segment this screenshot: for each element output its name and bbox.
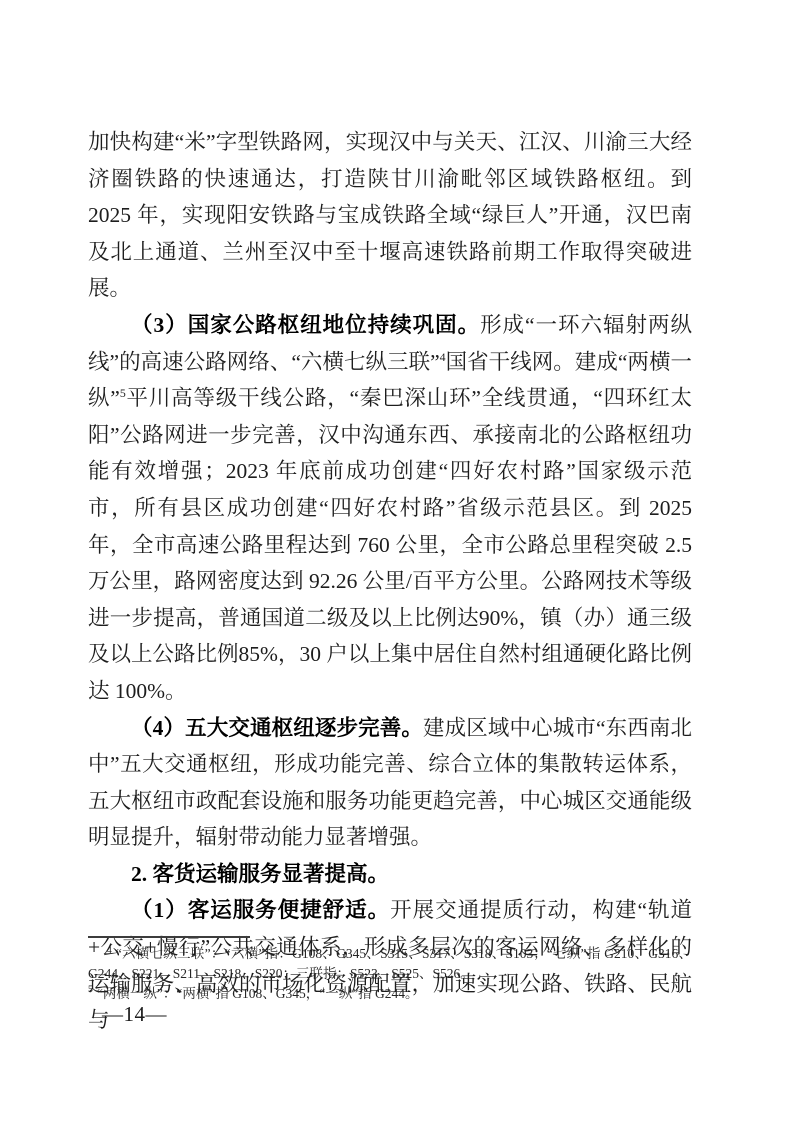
document-body: 加快构建“米”字型铁路网，实现汉中与关天、江汉、川渝三大经济圈铁路的快速通达，打…	[88, 124, 692, 1039]
footnote-marker: 4	[107, 945, 112, 956]
heading-2-freight-passenger-service: 2. 客货运输服务显著提高。	[88, 856, 692, 893]
para-4-five-transport-hubs: （4）五大交通枢纽逐步完善。建成区域中心城市“东西南北中”五大交通枢纽，形成功能…	[88, 710, 692, 856]
text-segment: （1）客运服务便捷舒适。	[131, 898, 390, 922]
footnote-text: “两横一纵”：“两横”指 G108、G345，“一纵”指 G244。	[97, 986, 419, 1001]
text-segment: 平川高等级干线公路，“秦巴深山环”全线贯通，“四环红太阳”公路网进一步完善，汉中…	[88, 386, 692, 703]
footnote-5: 5“两横一纵”：“两横”指 G108、G345，“一纵”指 G244。	[88, 984, 692, 1004]
text-segment: （4）五大交通枢纽逐步完善。	[131, 716, 423, 740]
document-page: 加快构建“米”字型铁路网，实现汉中与关天、江汉、川渝三大经济圈铁路的快速通达，打…	[0, 0, 793, 1122]
text-segment: 加快构建“米”字型铁路网，实现汉中与关天、江汉、川渝三大经济圈铁路的快速通达，打…	[88, 130, 692, 300]
footnote-marker: 5	[88, 984, 93, 995]
footnote-area: 4“六横七纵三联”：“六横”指：G108、G345、S315、S317、S318…	[88, 936, 692, 1003]
footnote-list: 4“六横七纵三联”：“六横”指：G108、G345、S315、S317、S318…	[88, 944, 692, 1003]
footnote-divider	[88, 936, 250, 938]
para-railway-network: 加快构建“米”字型铁路网，实现汉中与关天、江汉、川渝三大经济圈铁路的快速通达，打…	[88, 124, 692, 307]
text-segment: 2. 客货运输服务显著提高。	[131, 862, 389, 886]
footnote-4: 4“六横七纵三联”：“六横”指：G108、G345、S315、S317、S318…	[88, 944, 692, 984]
text-segment: （3）国家公路枢纽地位持续巩固。	[131, 313, 480, 337]
footnote-text: “六横七纵三联”：“六横”指：G108、G345、S315、S317、S318、…	[88, 946, 692, 981]
page-number: —14—	[102, 1002, 167, 1027]
para-3-national-highway-hub: （3）国家公路枢纽地位持续巩固。形成“一环六辐射两纵线”的高速公路网络、“六横七…	[88, 307, 692, 710]
